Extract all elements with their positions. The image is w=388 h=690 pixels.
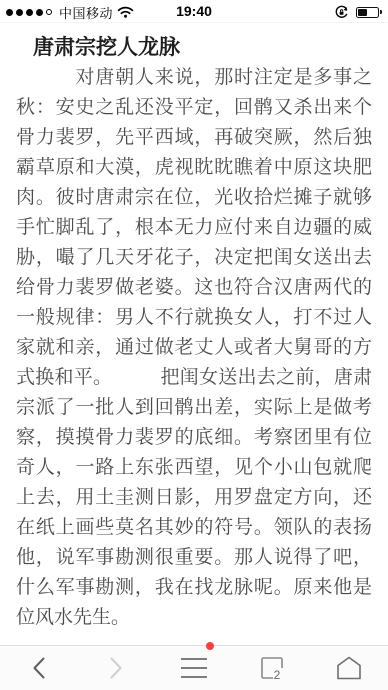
browser-screen: 中国移动 19:40 唐肃宗挖人龙脉 对唐朝人来说，那时注定是多事之秋	[0, 0, 388, 690]
forward-chevron-icon	[109, 656, 123, 680]
notification-dot	[206, 642, 214, 650]
tab-count-label: 2	[273, 668, 280, 681]
menu-button[interactable]	[155, 646, 233, 690]
menu-hamburger-icon	[180, 657, 208, 679]
back-chevron-icon	[32, 656, 46, 680]
status-bar: 中国移动 19:40	[0, 0, 388, 23]
home-icon	[335, 655, 363, 681]
status-right	[334, 5, 382, 20]
forward-button[interactable]	[78, 646, 156, 690]
battery-icon	[356, 7, 382, 18]
wifi-icon	[117, 6, 134, 18]
orientation-lock-icon	[334, 5, 349, 20]
tabs-button[interactable]: 2	[233, 646, 311, 690]
status-left: 中国移动	[6, 3, 134, 22]
article-view: 唐肃宗挖人龙脉 对唐朝人来说，那时注定是多事之秋：安史之乱还没平定，回鹘又杀出来…	[0, 35, 388, 633]
carrier-label: 中国移动	[59, 3, 113, 22]
article-body-text: 对唐朝人来说，那时注定是多事之秋：安史之乱还没平定，回鹘又杀出来个骨力裴罗，先平…	[16, 63, 372, 633]
browser-toolbar: 2	[0, 645, 388, 690]
cell-signal-icon	[6, 9, 52, 16]
home-button[interactable]	[310, 646, 388, 690]
tab-switcher-icon: 2	[259, 655, 285, 681]
article-title: 唐肃宗挖人龙脉	[33, 35, 372, 61]
back-button[interactable]	[0, 646, 78, 690]
